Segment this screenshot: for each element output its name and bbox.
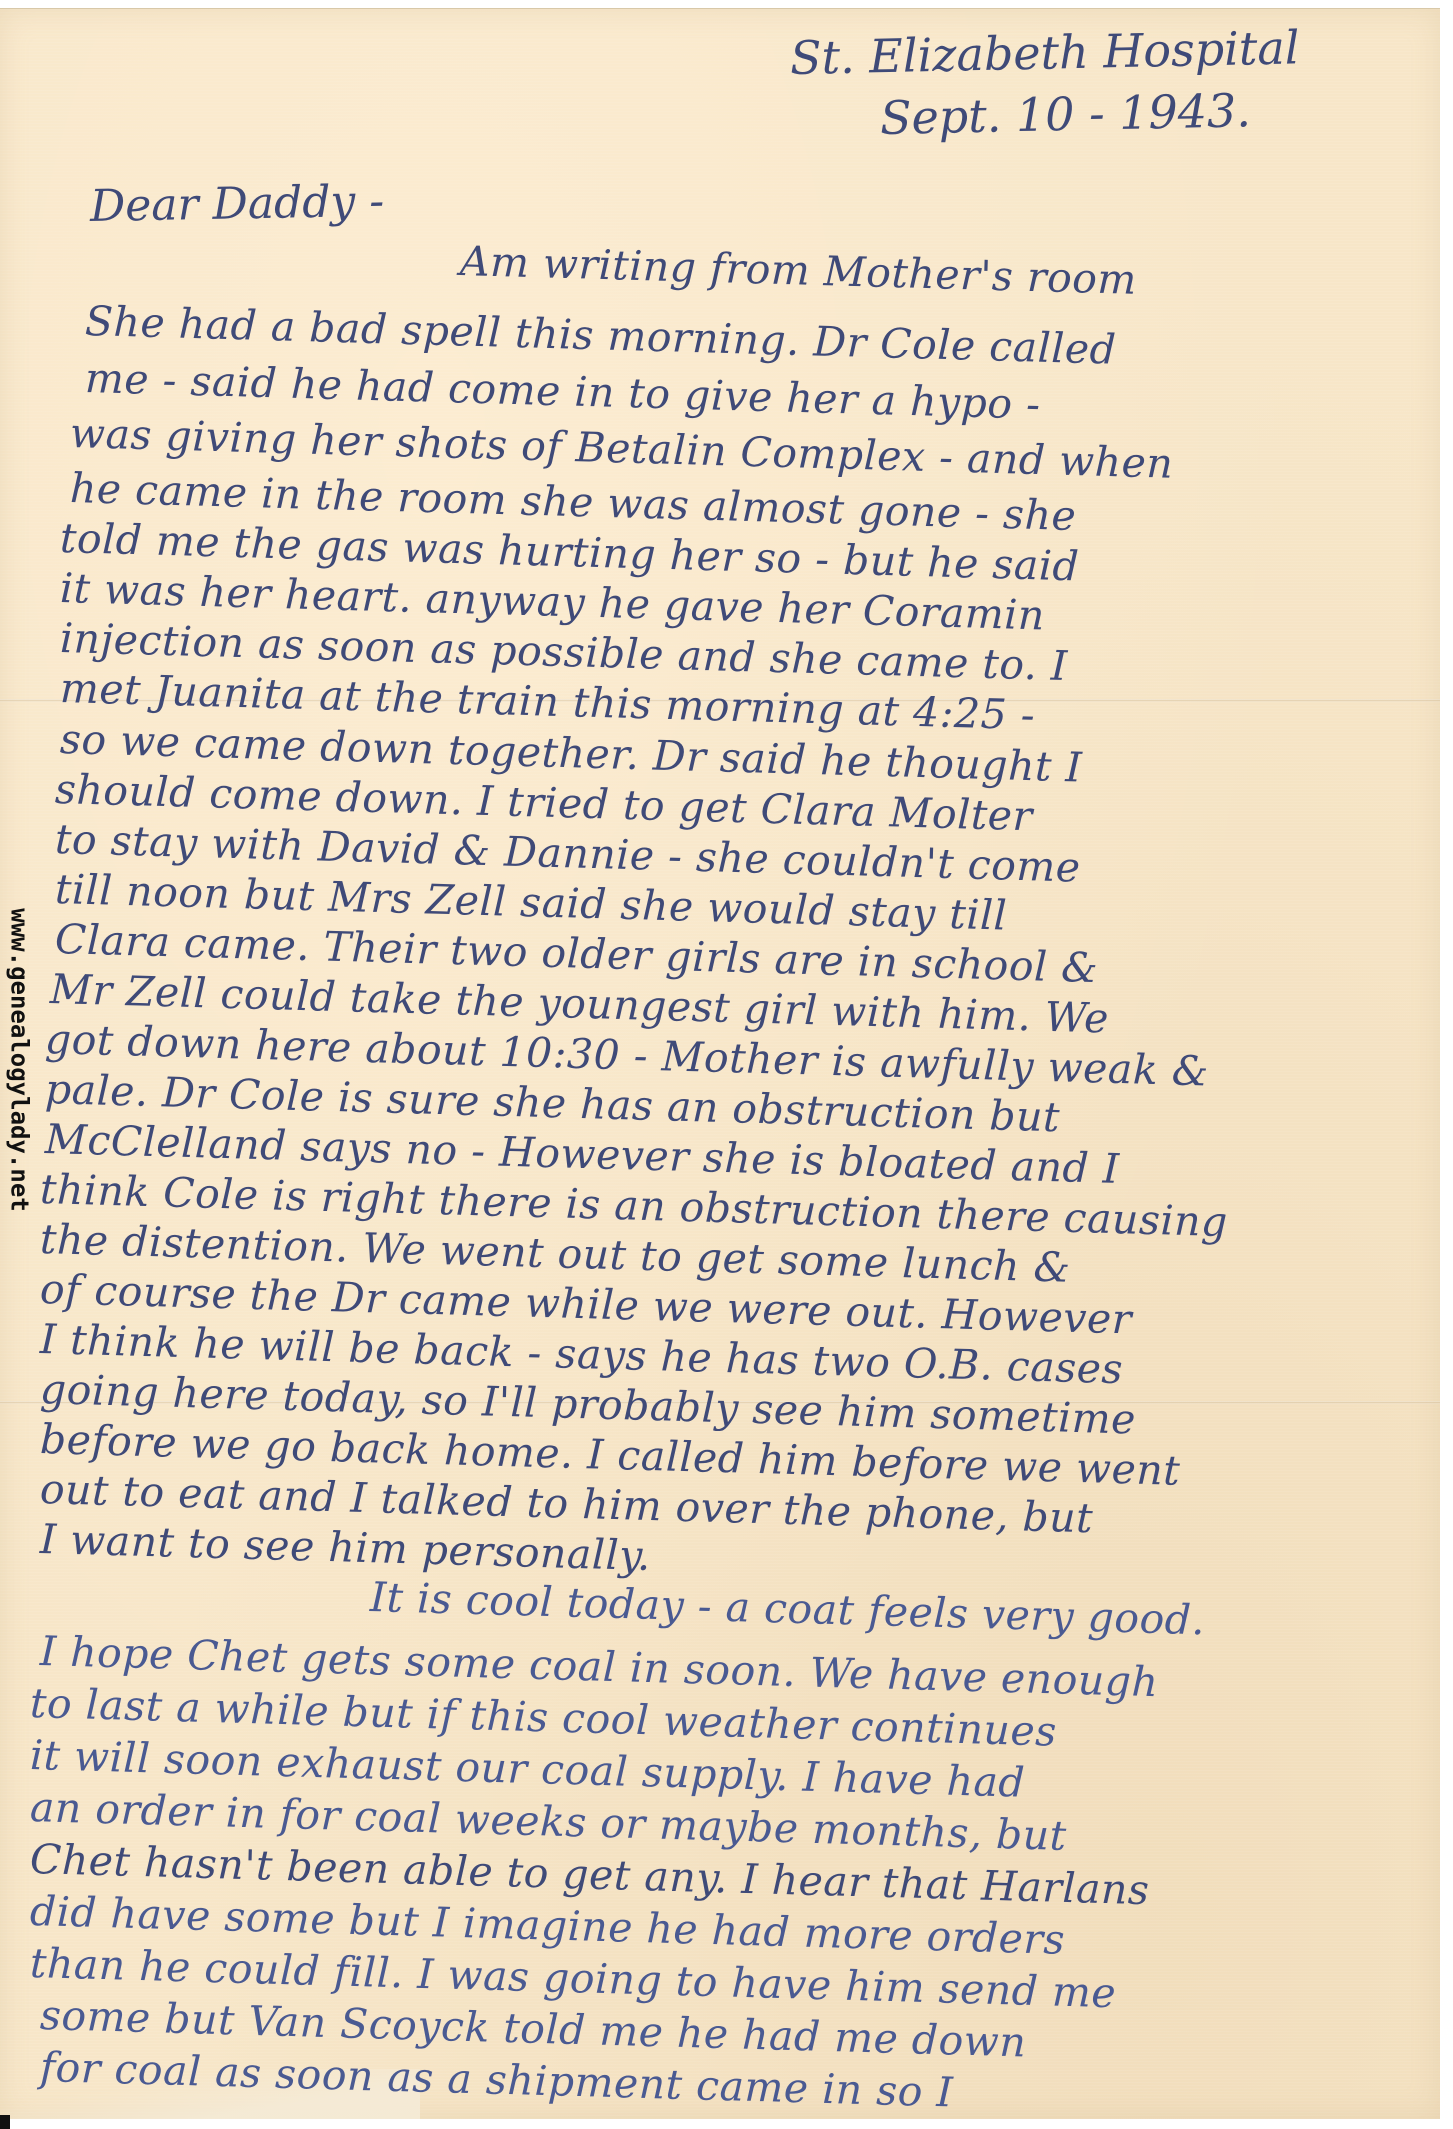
- letter-line: It is cool today - a coat feels very goo…: [369, 1573, 1205, 1644]
- scan-corner-mark: [0, 2115, 10, 2129]
- watermark-text: www.genealogylady.net: [6, 908, 34, 1211]
- watermark: www.genealogylady.net: [6, 880, 34, 1240]
- letter-line: Am writing from Mother's room: [459, 237, 1137, 304]
- letter-salutation: Dear Daddy -: [90, 176, 385, 232]
- letter-paper: St. Elizabeth Hospital Sept. 10 - 1943. …: [0, 8, 1440, 2119]
- letter-heading-place: St. Elizabeth Hospital: [789, 20, 1300, 85]
- letter-heading-date: Sept. 10 - 1943.: [879, 83, 1251, 145]
